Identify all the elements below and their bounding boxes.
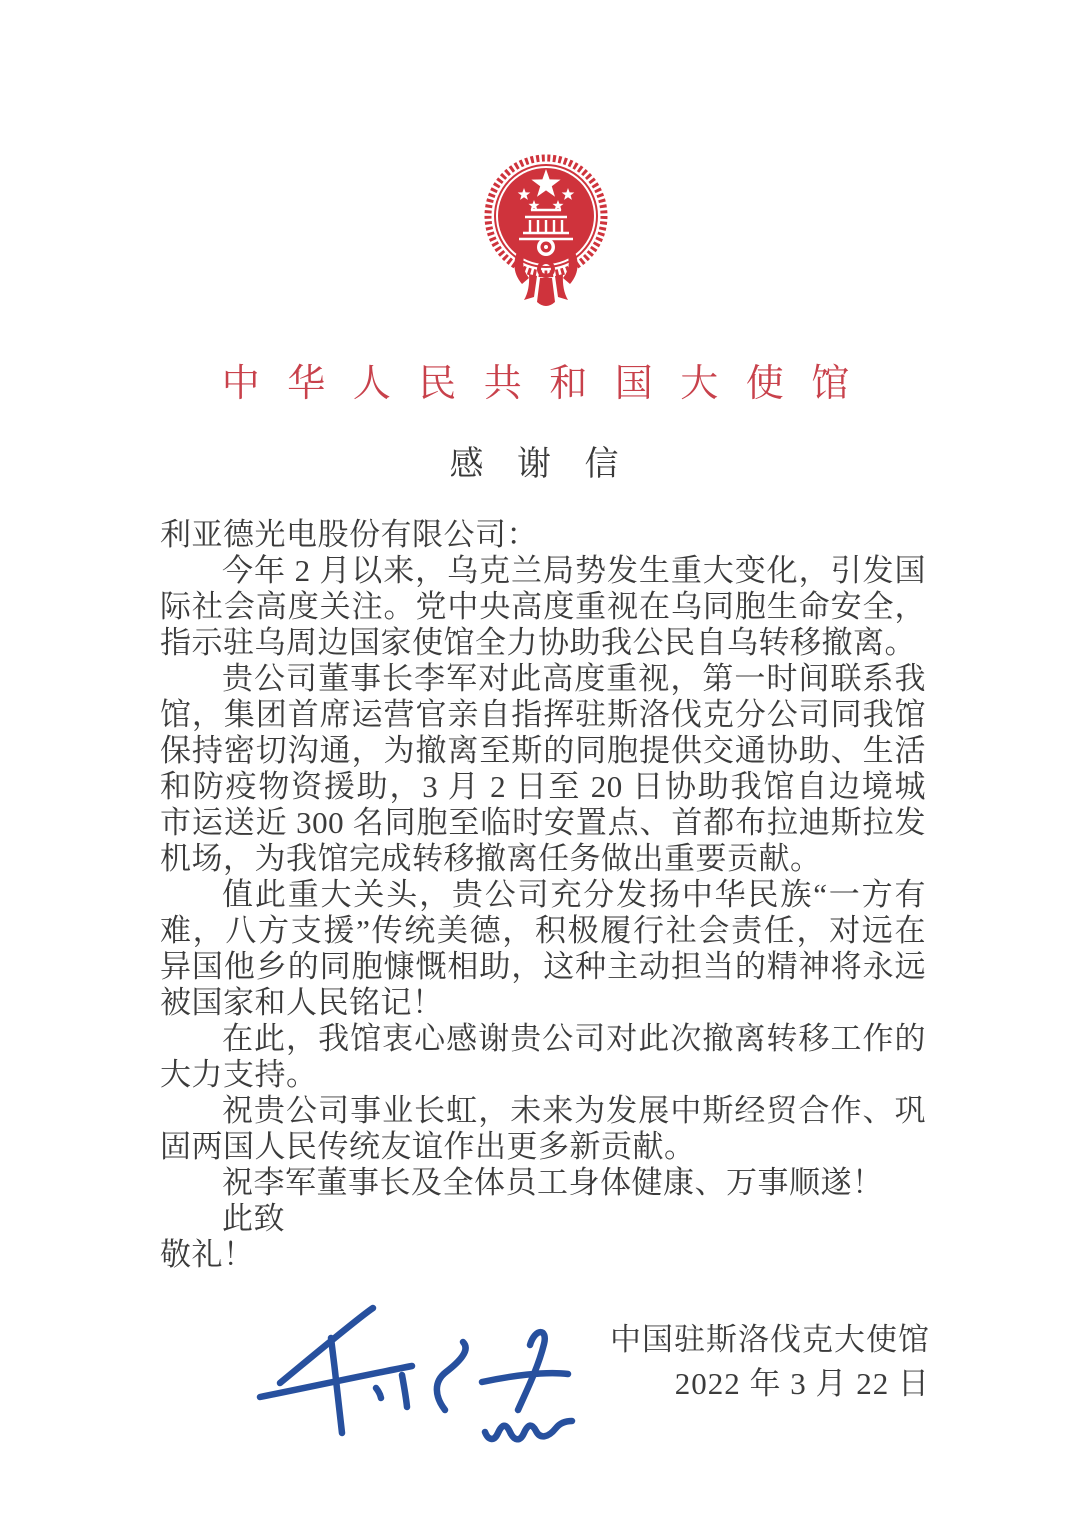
paragraph-5: 祝贵公司事业长虹，未来为发展中斯经贸合作、巩固两国人民传统友谊作出更多新贡献。 <box>160 1093 926 1165</box>
closing-cizhi: 此致 <box>160 1201 926 1237</box>
signer-name: 中国驻斯洛伐克大使馆 <box>610 1318 930 1362</box>
signature-date: 2022 年 3 月 22 日 <box>610 1362 930 1406</box>
closing-jingli: 敬礼！ <box>160 1237 926 1273</box>
signature-block: 中国驻斯洛伐克大使馆 2022 年 3 月 22 日 <box>610 1318 930 1406</box>
letter-title: 感 谢 信 <box>0 436 1080 485</box>
letter-page: 中 华 人 民 共 和 国 大 使 馆 感 谢 信 利亚德光电股份有限公司： 今… <box>0 0 1080 1528</box>
salutation: 利亚德光电股份有限公司： <box>160 517 926 553</box>
paragraph-4: 在此，我馆衷心感谢贵公司对此次撤离转移工作的大力支持。 <box>160 1021 926 1093</box>
paragraph-3: 值此重大关头，贵公司充分发扬中华民族“一方有难，八方支援”传统美德，积极履行社会… <box>160 877 926 1021</box>
embassy-header: 中 华 人 民 共 和 国 大 使 馆 <box>0 352 1080 407</box>
paragraph-1: 今年 2 月以来，乌克兰局势发生重大变化，引发国际社会高度关注。党中央高度重视在… <box>160 553 926 661</box>
paragraph-6: 祝李军董事长及全体员工身体健康、万事顺遂！ <box>160 1165 926 1201</box>
paragraph-2: 贵公司董事长李军对此高度重视，第一时间联系我馆，集团首席运营官亲自指挥驻斯洛伐克… <box>160 661 926 877</box>
china-national-emblem-icon <box>483 146 609 312</box>
handwritten-signature-icon <box>230 1300 630 1520</box>
letter-body: 利亚德光电股份有限公司： 今年 2 月以来，乌克兰局势发生重大变化，引发国际社会… <box>160 517 926 1273</box>
